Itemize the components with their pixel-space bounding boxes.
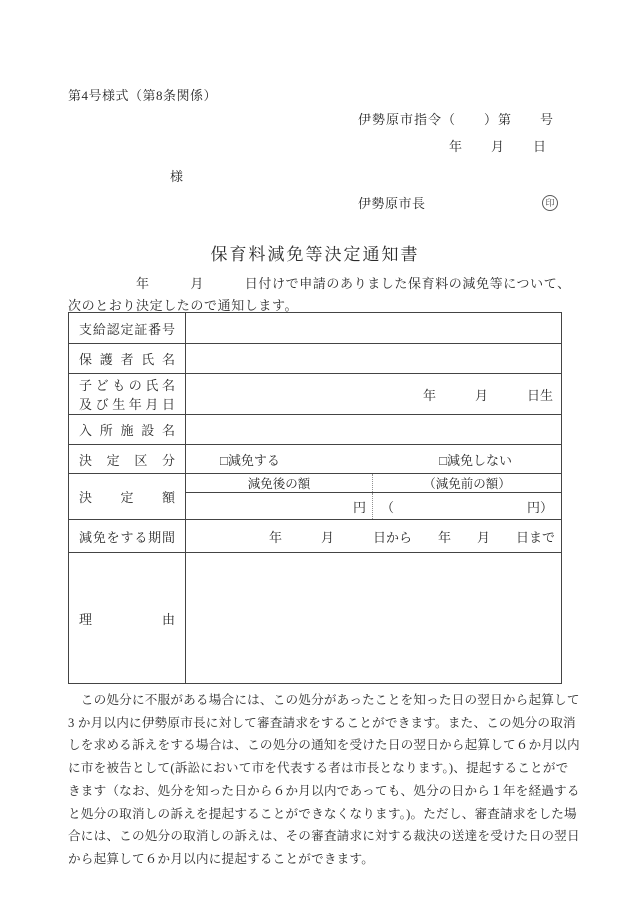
child-birthdate-value: 年 月 日生 <box>186 374 561 414</box>
period-label: 減免をする期間 <box>79 527 175 546</box>
guardian-name-value <box>186 344 561 373</box>
page-title: 保育料減免等決定通知書 <box>0 240 630 265</box>
appeal-notice-line: から起算して６か月以内に提起することができます。 <box>68 848 568 871</box>
sender-name: 伊勢原市長 <box>358 193 426 212</box>
issue-date-line: 年 月 日 <box>449 136 547 155</box>
amount-before-value: （ 円） <box>372 493 561 519</box>
amount-after-value: 円 <box>186 493 372 519</box>
document-page: 第4号様式（第8条関係） 伊勢原市指令（ ）第 号 年 月 日 様 伊勢原市長 … <box>0 0 630 915</box>
sender-row: 伊勢原市長 印 <box>358 193 558 212</box>
appeal-notice-paragraph: この処分に不服がある場合には、この処分があったことを知った日の翌日から起算して … <box>68 689 568 871</box>
appeal-notice-line: きます（なお、処分を知った日から６か月以内であっても、処分の日から１年を経過する <box>68 780 568 803</box>
decision-amount-label: 決定額 <box>79 487 175 506</box>
facility-label: 入所施設名 <box>79 420 175 439</box>
reason-label: 理由 <box>79 609 175 628</box>
no-reduce-checkbox-option: □減免しない <box>439 450 512 469</box>
reason-value <box>186 553 561 683</box>
decision-category-label: 決定区分 <box>79 450 175 469</box>
appeal-notice-line: しを求める訴えをする場合は、この処分の通知を受けた日の翌日から起算して６か月以内 <box>68 734 568 757</box>
table-row-decision-amount: 決定額 減免後の額 （減免前の額） 円 （ 円） <box>69 473 561 519</box>
amount-before-header: （減免前の額） <box>372 474 561 492</box>
table-row-decision-category: 決定区分 □減免する □減免しない <box>69 444 561 473</box>
addressee-suffix: 様 <box>170 166 184 185</box>
table-row-child-name-birthdate: 子どもの氏名 及び生年月日 年 月 日生 <box>69 373 561 414</box>
period-value: 年 月 日から 年 月 日まで <box>186 520 561 552</box>
no-reduce-option-label: 減免しない <box>447 453 512 468</box>
appeal-notice-line: この処分に不服がある場合には、この処分があったことを知った日の翌日から起算して <box>68 689 568 712</box>
amount-after-header: 減免後の額 <box>186 474 372 492</box>
appeal-notice-line: と処分の取消しの訴えを提起することができなくなります。)。ただし、審査請求をした… <box>68 803 568 826</box>
certificate-number-value <box>186 313 561 343</box>
amount-before-open-paren: （ <box>381 497 394 516</box>
certificate-number-label: 支給認定証番号 <box>79 319 175 338</box>
reduce-checkbox-option: □減免する <box>220 450 280 469</box>
table-row-reason: 理由 <box>69 552 561 683</box>
amount-before-close-paren: 円） <box>527 497 553 516</box>
table-row-exemption-period: 減免をする期間 年 月 日から 年 月 日まで <box>69 519 561 552</box>
table-row-facility: 入所施設名 <box>69 414 561 444</box>
appeal-notice-line: に市を被告として(訴訟において市を代表する者は市長となります。)、提起することが… <box>68 757 568 780</box>
checkbox-icon: □ <box>220 453 228 468</box>
table-row-certificate-number: 支給認定証番号 <box>69 313 561 343</box>
directive-number-line: 伊勢原市指令（ ）第 号 <box>358 109 554 128</box>
intro-line-1: 年 月 日付けで申請のありました保育料の減免等について、 <box>68 273 571 292</box>
child-label-line2: 及び生年月日 <box>79 394 175 413</box>
table-row-guardian-name: 保護者氏名 <box>69 343 561 373</box>
appeal-notice-line: 合には、この処分の取消しの訴えは、その審査請求に対する裁決の送達を受けた日の翌日 <box>68 825 568 848</box>
checkbox-icon: □ <box>439 453 447 468</box>
appeal-notice-line: 3 か月以内に伊勢原市長に対して審査請求をすることができます。また、この処分の取… <box>68 712 568 735</box>
guardian-name-label: 保護者氏名 <box>79 349 175 368</box>
form-number: 第4号様式（第8条関係） <box>68 85 217 104</box>
child-label-line1: 子どもの氏名 <box>79 375 175 394</box>
reduce-option-label: 減免する <box>228 453 280 468</box>
decision-table: 支給認定証番号 保護者氏名 子どもの氏名 及び生年月日 年 月 日生 入所施設名… <box>68 312 562 684</box>
facility-value <box>186 415 561 444</box>
seal-icon: 印 <box>542 195 558 211</box>
